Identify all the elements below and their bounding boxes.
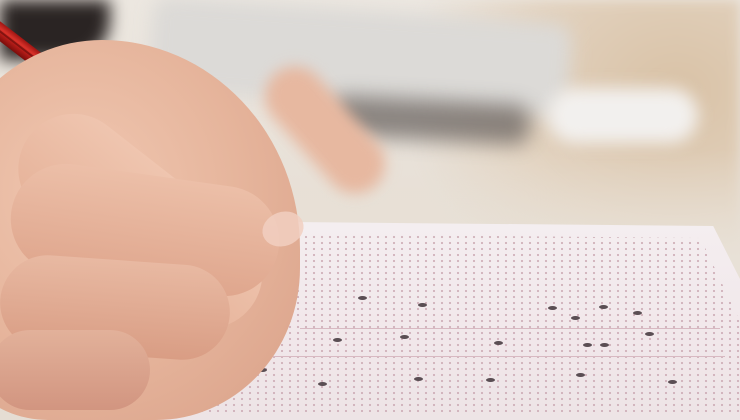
filled-bubble [548, 306, 557, 310]
little-finger [0, 330, 150, 410]
filled-bubble [645, 332, 654, 336]
filled-bubble [583, 343, 592, 347]
filled-bubble [333, 338, 342, 342]
filled-bubble [494, 341, 503, 345]
filled-bubble [668, 380, 677, 384]
filled-bubble [418, 303, 427, 307]
filled-bubble [358, 296, 367, 300]
filled-bubble [571, 316, 580, 320]
sheet-rule [300, 328, 720, 329]
filled-bubble [599, 305, 608, 309]
blurred-mouse [548, 88, 698, 143]
filled-bubble [400, 335, 409, 339]
filled-bubble [414, 377, 423, 381]
sheet-rule [225, 356, 725, 357]
filled-bubble [318, 382, 327, 386]
photo-scene: Close-up photo of a hand holding a red p… [0, 0, 740, 420]
filled-bubble [576, 373, 585, 377]
filled-bubble [600, 343, 609, 347]
filled-bubble [486, 378, 495, 382]
filled-bubble [633, 311, 642, 315]
